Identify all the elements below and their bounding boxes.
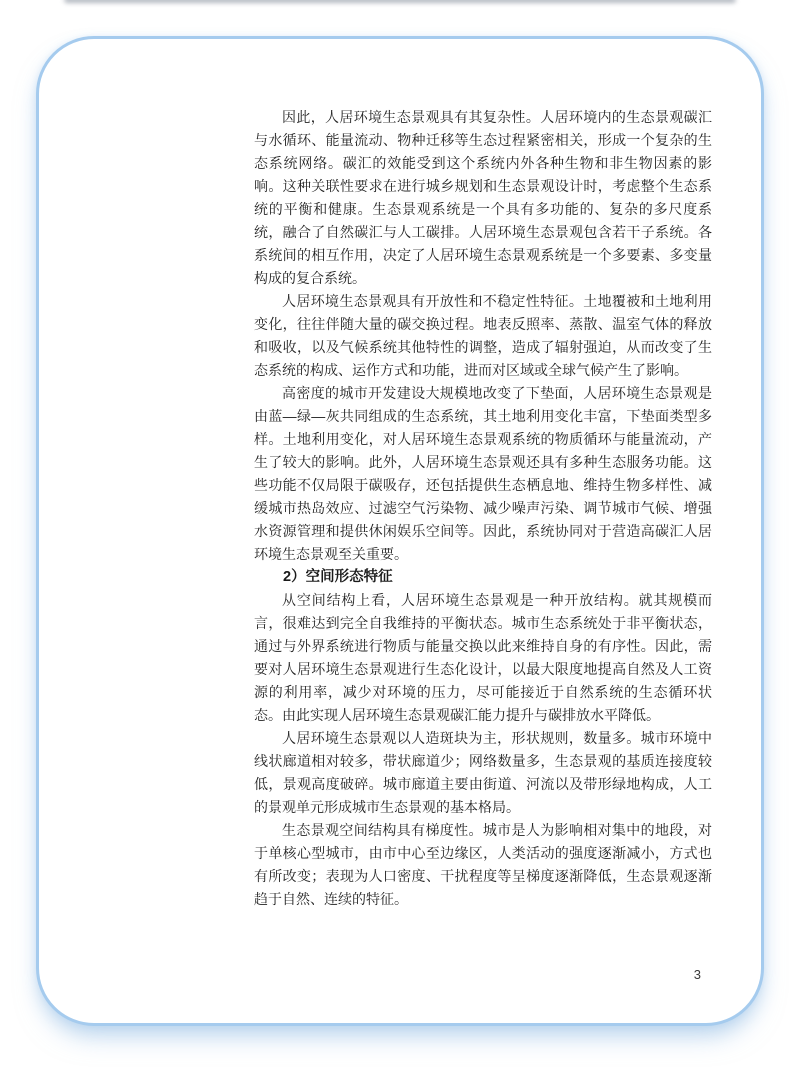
paragraph: 从空间结构上看，人居环境生态景观是一种开放结构。就其规模而言，很难达到完全自我维… bbox=[254, 589, 712, 727]
previous-page-edge-shadow bbox=[64, 0, 736, 3]
text-block: 因此，人居环境生态景观具有其复杂性。人居环境内的生态景观碳汇与水循环、能量流动、… bbox=[254, 106, 712, 911]
paragraph: 人居环境生态景观具有开放性和不稳定性特征。土地覆被和土地利用变化，往往伴随大量的… bbox=[254, 290, 712, 382]
section-heading: 2）空间形态特征 bbox=[254, 566, 712, 589]
paragraph: 因此，人居环境生态景观具有其复杂性。人居环境内的生态景观碳汇与水循环、能量流动、… bbox=[254, 106, 712, 290]
paragraph: 生态景观空间结构具有梯度性。城市是人为影响相对集中的地段，对于单核心型城市，由市… bbox=[254, 819, 712, 911]
page-number: 3 bbox=[694, 967, 701, 983]
ebook-viewer: 因此，人居环境生态景观具有其复杂性。人居环境内的生态景观碳汇与水循环、能量流动、… bbox=[0, 0, 800, 1072]
paragraph: 高密度的城市开发建设大规模地改变了下垫面，人居环境生态景观是由蓝—绿—灰共同组成… bbox=[254, 382, 712, 566]
paragraph: 人居环境生态景观以人造斑块为主，形状规则，数量多。城市环境中线状廊道相对较多，带… bbox=[254, 727, 712, 819]
book-page: 因此，人居环境生态景观具有其复杂性。人居环境内的生态景观碳汇与水循环、能量流动、… bbox=[36, 36, 764, 1026]
